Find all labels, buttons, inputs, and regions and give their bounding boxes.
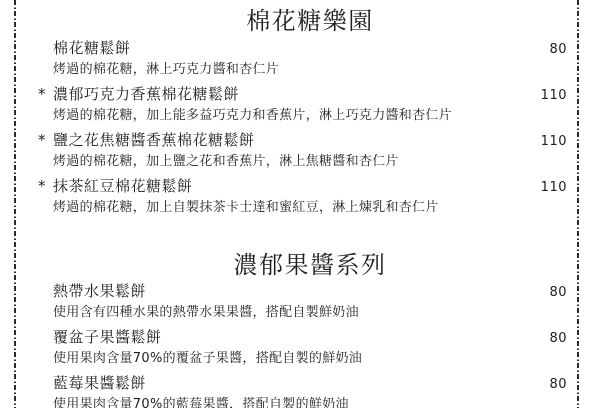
menu-item: 熱帶水果鬆餅 80 使用含有四種水果的熱帶水果果醬，搭配自製鮮奶油 — [53, 281, 567, 323]
item-name: 濃郁巧克力香蕉棉花糖鬆餅 — [53, 84, 239, 104]
section-title-jam-series: 濃郁果醬系列 — [53, 252, 567, 278]
right-dashed-border — [577, 0, 579, 408]
item-description: 烤過的棉花糖，加上能多益巧克力和香蕉片，淋上巧克力醬和杏仁片 — [53, 106, 567, 126]
star-marker: * — [38, 179, 46, 194]
item-name: 覆盆子果醬鬆餅 — [53, 327, 162, 347]
menu-content: 棉花糖樂園 棉花糖鬆餅 80 烤過的棉花糖，淋上巧克力醬和杏仁片 * 濃郁巧克力… — [53, 0, 567, 408]
item-name-row: * 抹茶紅豆棉花糖鬆餅 110 — [53, 176, 567, 198]
item-name-row: 覆盆子果醬鬆餅 80 — [53, 327, 567, 349]
item-name-row: 熱帶水果鬆餅 80 — [53, 281, 567, 303]
menu-item: * 濃郁巧克力香蕉棉花糖鬆餅 110 烤過的棉花糖，加上能多益巧克力和香蕉片，淋… — [53, 84, 567, 126]
item-price: 110 — [541, 86, 567, 106]
menu-item: * 抹茶紅豆棉花糖鬆餅 110 烤過的棉花糖，加上自製抹茶卡士達和蜜紅豆，淋上煉… — [53, 176, 567, 218]
star-marker: * — [38, 87, 46, 102]
item-price: 110 — [541, 178, 567, 198]
item-price: 80 — [549, 375, 567, 395]
item-name-row: 棉花糖鬆餅 80 — [53, 38, 567, 60]
menu-item: * 鹽之花焦糖醬香蕉棉花糖鬆餅 110 烤過的棉花糖，加上鹽之花和香蕉片，淋上焦… — [53, 130, 567, 172]
item-name: 抹茶紅豆棉花糖鬆餅 — [53, 176, 193, 196]
item-price: 80 — [549, 283, 567, 303]
item-description: 烤過的棉花糖，淋上巧克力醬和杏仁片 — [53, 60, 567, 80]
menu-item: 覆盆子果醬鬆餅 80 使用果肉含量70%的覆盆子果醬，搭配自製的鮮奶油 — [53, 327, 567, 369]
item-name: 鹽之花焦糖醬香蕉棉花糖鬆餅 — [53, 130, 255, 150]
item-price: 80 — [549, 329, 567, 349]
menu-item: 棉花糖鬆餅 80 烤過的棉花糖，淋上巧克力醬和杏仁片 — [53, 38, 567, 80]
item-price: 110 — [541, 132, 567, 152]
item-description: 烤過的棉花糖，加上鹽之花和香蕉片，淋上焦糖醬和杏仁片 — [53, 152, 567, 172]
item-name: 藍莓果醬鬆餅 — [53, 373, 146, 393]
left-dashed-border — [14, 0, 16, 408]
menu-item: 藍莓果醬鬆餅 80 使用果肉含量70%的藍莓果醬，搭配自製的鮮奶油 — [53, 373, 567, 408]
item-name-row: * 濃郁巧克力香蕉棉花糖鬆餅 110 — [53, 84, 567, 106]
section-title-marshmallow: 棉花糖樂園 — [53, 8, 567, 34]
item-description: 烤過的棉花糖，加上自製抹茶卡士達和蜜紅豆，淋上煉乳和杏仁片 — [53, 198, 567, 218]
item-description: 使用果肉含量70%的藍莓果醬，搭配自製的鮮奶油 — [53, 395, 567, 408]
item-description: 使用含有四種水果的熱帶水果果醬，搭配自製鮮奶油 — [53, 303, 567, 323]
item-description: 使用果肉含量70%的覆盆子果醬，搭配自製的鮮奶油 — [53, 349, 567, 369]
item-name-row: 藍莓果醬鬆餅 80 — [53, 373, 567, 395]
star-marker: * — [38, 133, 46, 148]
item-name: 棉花糖鬆餅 — [53, 38, 131, 58]
item-price: 80 — [549, 40, 567, 60]
item-name-row: * 鹽之花焦糖醬香蕉棉花糖鬆餅 110 — [53, 130, 567, 152]
item-name: 熱帶水果鬆餅 — [53, 281, 146, 301]
